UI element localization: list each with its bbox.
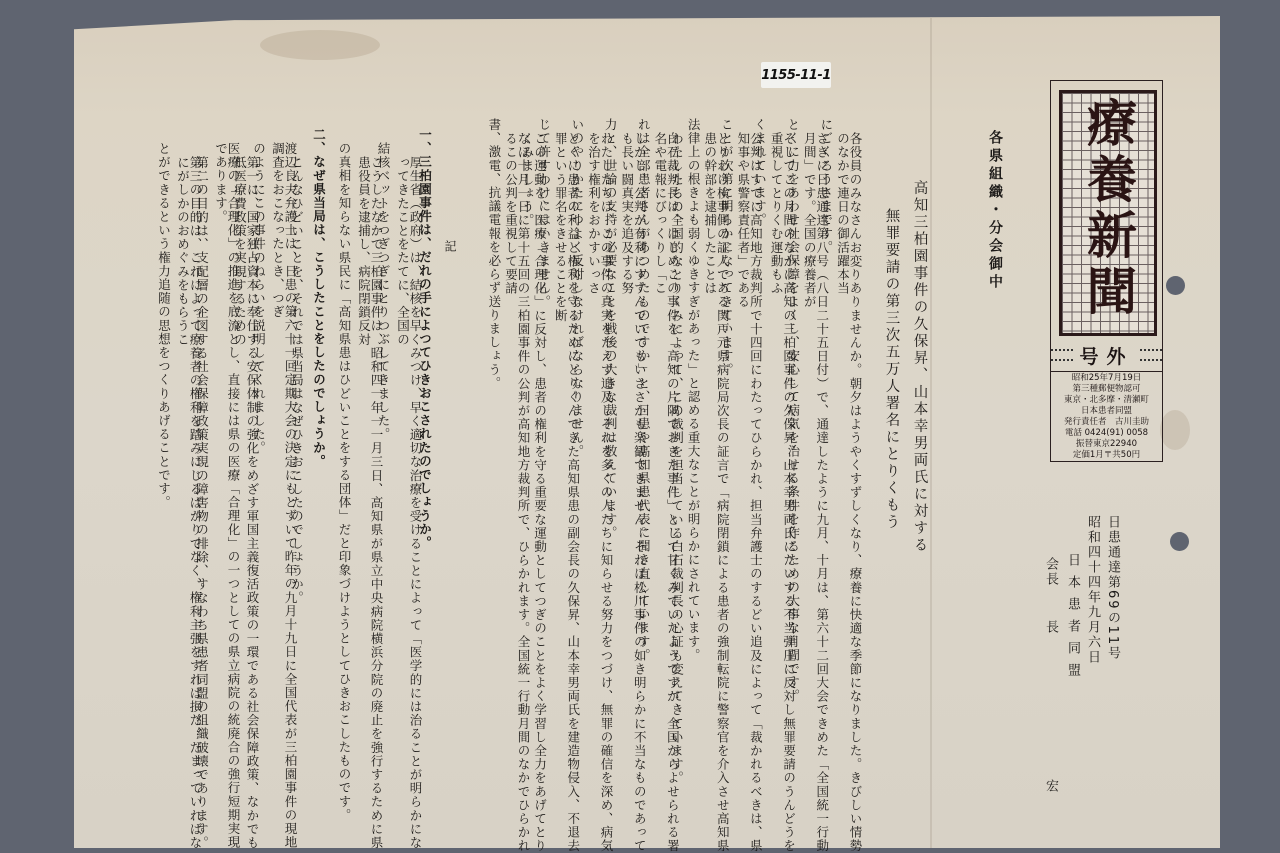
dotted-rule (1140, 349, 1162, 361)
stain (260, 30, 380, 60)
text-column: 渡辺良夫弁護士は、日患の第六十一回定期大会の決定にもとずいて昨年の九月十九日に全… (271, 142, 296, 853)
organization: 日本患者同盟 (1066, 553, 1079, 685)
addressee: 各県組織・分会御中 (988, 130, 1002, 292)
pub-date: 昭和25年7月19日 (1054, 373, 1159, 384)
headline-line2: 無罪要請の第三次五万人署名にとりくもう (884, 208, 899, 531)
text-column: 厚生省（政府）は、結核を早くみつけ、早く適切な治療を受けることによって「医学的に… (396, 156, 421, 853)
stain (1160, 410, 1190, 450)
price: 定価1月〒共50円 (1054, 450, 1159, 461)
text-column: 公判はすでに高知地方裁判所で十四回にわたってひらかれ、担当弁護士のするどい追及に… (736, 132, 761, 853)
publisher: 日本患者同盟 (1054, 406, 1159, 417)
edition-label: 号外 (1079, 342, 1133, 369)
notice-number: 日患通達第69の11号 (1106, 515, 1119, 661)
dotted-rule (1051, 349, 1073, 361)
newspaper-title: 療養新聞 (1062, 97, 1154, 321)
text-column: の真相を知らない県民に「高知県患はひどいことをする団体」だと印象づけようとしてひ… (338, 142, 351, 822)
postal-permit: 第三種郵便物認可 (1054, 384, 1159, 395)
text-column: 書、激電、抗議電報を必らず送りましょう。 (487, 118, 500, 390)
text-column: 第三の目的は、これによって療養者の権利を踏みにじるばかりでなく、権利主張をすれば… (176, 156, 201, 853)
punch-hole-bottom (1170, 532, 1189, 551)
text-column: そしてこの月間のなかに高知の三柏園事件の久保昇、山本幸男両氏にたいする不当弾圧に… (770, 132, 795, 853)
notice-date: 昭和四十四年九月六日 (1086, 515, 1099, 665)
edition-banner: 号外 (1051, 339, 1162, 372)
headline-line1: 高知三柏園事件の久保昇、山本幸男両氏に対する (912, 180, 927, 554)
paper-fold-line (930, 18, 932, 848)
text-column: さきに日患通達第八号（八日二十五日付）で、通達したように九月、十月は、第六十二回… (803, 132, 828, 853)
text-column: しかし、公判が有利にすすんでいてもいささかも楽観できません。それは松川事件の如き… (620, 132, 645, 853)
signatory-title: 会長 (1044, 557, 1057, 587)
masthead: 療養新聞 号外 昭和25年7月19日 第三種郵便物認可 東京・北多摩・清瀬町 日… (1050, 80, 1163, 462)
text-column: 法律上の根きよも弱くゆきすぎがあった」と認める重大なことが明らかにされています。 (687, 118, 700, 662)
text-column: とくに患者の利益と権利を守るためにとりくんできた高知県患の副会長の久保昇、山本幸… (554, 132, 579, 853)
text-column: 医療の「合理化」の推進を底流とし、直接には県の医療「合理化」の一つとしての県立病… (214, 142, 239, 853)
punch-hole-top (1166, 276, 1185, 295)
text-column: なほ十月一日に第十五回の三柏園事件の公判が高知地方裁判所で、ひらかれます。全国統… (504, 132, 529, 853)
text-column: 白石裁判長は、はじめこの事件を「高知の片隅でおきた事件」として甘くみていたようで… (653, 132, 678, 853)
publication-info: 昭和25年7月19日 第三種郵便物認可 東京・北多摩・清瀬町 日本患者同盟 発行… (1054, 373, 1159, 461)
text-column: とができるという権力追随の思想をつくりあげることです。 (157, 142, 170, 509)
transfer-account: 振替東京22940 (1054, 439, 1159, 450)
archive-label: 1155-11-1 (761, 62, 831, 88)
text-column: とりわけ検事側の証人である関戸元県病院局次長の証言で「病院閉鎖による患者の強制転… (703, 132, 728, 853)
text-column: こうしたなかで三柏園事件は、昭和四一年一一月三日、高知県が県立中央病院横浜分院の… (357, 156, 382, 853)
text-column: わたしたちは、この事件の真実をたえず追及しそれを多くの人たちに知らせる努力をつづ… (587, 132, 612, 853)
phone: 電話 0424(91) 0058 (1054, 428, 1159, 439)
pub-address: 東京・北多摩・清瀬町 (1054, 395, 1159, 406)
ki-marker: 記 (444, 240, 456, 252)
editor: 発行責任者 古川圭助 (1054, 417, 1159, 428)
masthead-grid: 療養新聞 (1059, 90, 1157, 336)
section2-heading: 二、なぜ県当局は、こうしたことをしたのでしょうか。 (312, 128, 325, 468)
signatory-name: 長 宏 (1044, 620, 1057, 832)
text-column: 各役員のみなさんお変りありませんか。朝夕はようやくすずしくなり、療養に快適な季節… (836, 132, 861, 853)
